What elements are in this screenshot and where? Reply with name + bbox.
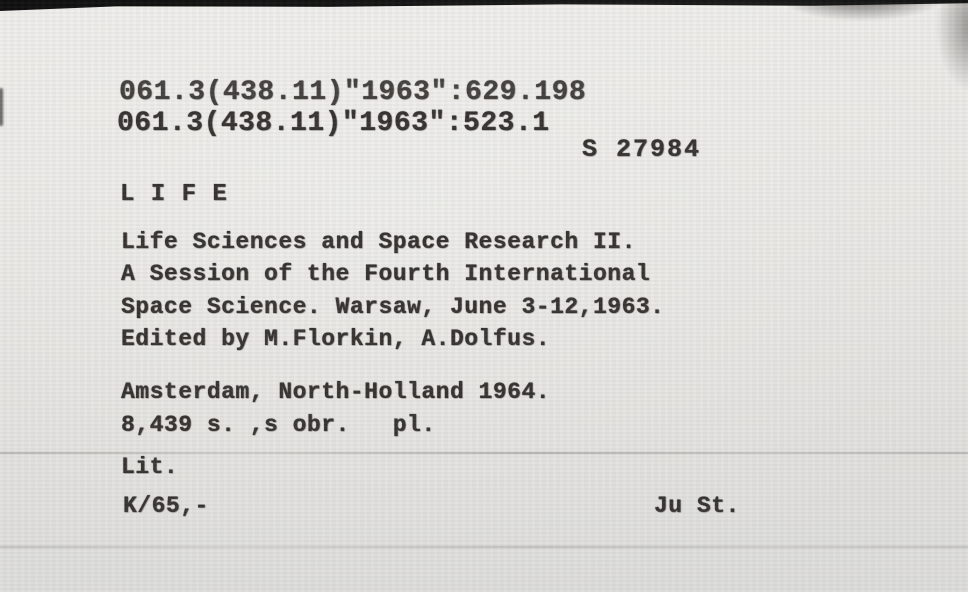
scan-top-edge-shadow <box>0 0 968 11</box>
imprint-line-3: Lit. <box>121 456 178 479</box>
imprint-line-1: Amsterdam, North-Holland 1964. <box>121 381 550 404</box>
catalog-card-scan: 061.3(438.11)"1963":629.198 061.3(438.11… <box>0 0 968 592</box>
classification-line-2: 061.3(438.11)"1963":523.1 <box>117 110 550 138</box>
accession-number: S 27984 <box>582 137 701 162</box>
title-line-4: Edited by M.Florkin, A.Dolfus. <box>121 328 550 351</box>
imprint-line-2: 8,439 s. ,s obr. pl. <box>121 414 436 437</box>
title-line-2: A Session of the Fourth International <box>121 263 650 286</box>
cataloguer-initials: Ju St. <box>654 495 740 518</box>
card-heading: L I F E <box>120 183 228 207</box>
faint-rule-lower <box>0 546 968 548</box>
title-line-3: Space Science. Warsaw, June 3-12,1963. <box>121 296 665 319</box>
faint-rule-upper <box>0 452 968 454</box>
scan-left-edge-mark <box>0 88 3 126</box>
title-line-1: Life Sciences and Space Research II. <box>121 231 636 254</box>
price-code: K/65,- <box>123 495 209 518</box>
classification-line-1: 061.3(438.11)"1963":629.198 <box>119 79 586 107</box>
